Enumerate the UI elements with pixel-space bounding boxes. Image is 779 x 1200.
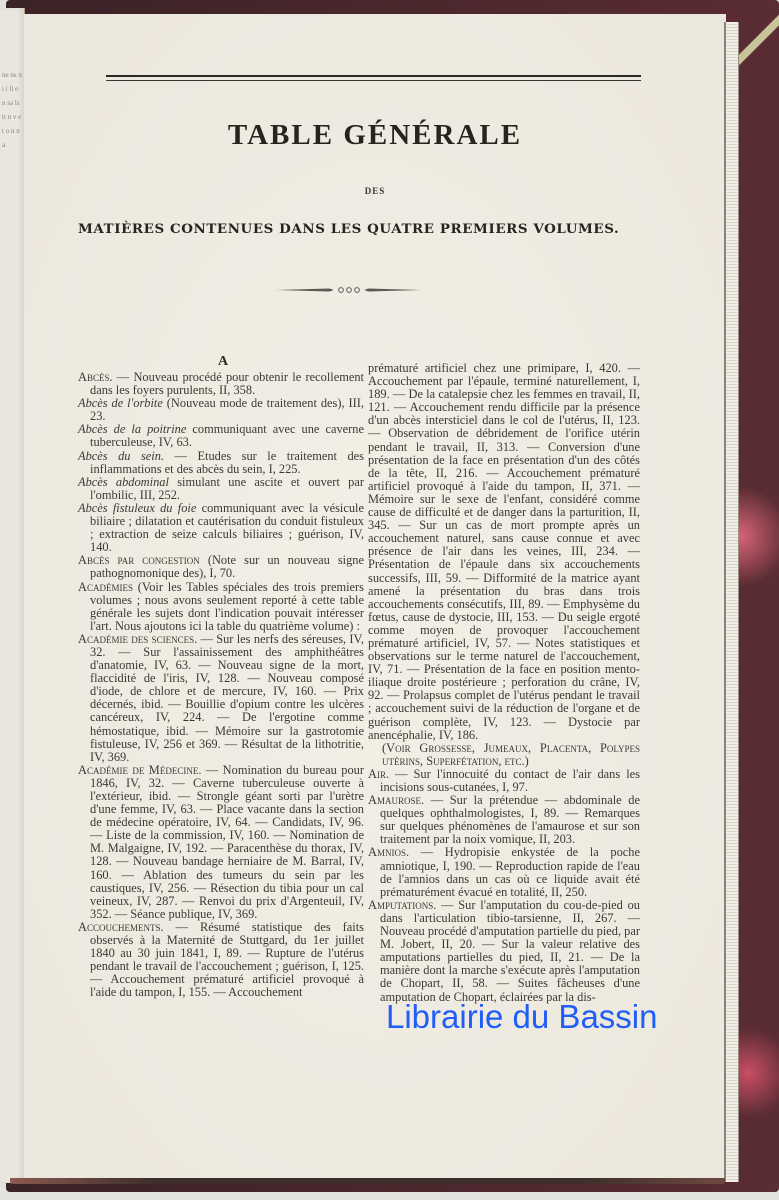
- entry-heading: Amputations.: [368, 898, 436, 912]
- index-entry: Abcès. — Nouveau procédé pour obtenir le…: [78, 371, 364, 397]
- index-column-right: prématuré artificiel chez une primipare,…: [368, 362, 640, 1004]
- index-entry: Amnios. — Hydropisie enkystée de la poch…: [368, 846, 640, 898]
- title-connector: DES: [24, 186, 726, 196]
- section-letter: A: [78, 354, 368, 370]
- entry-text: — Sur l'innocuité du contact de l'air da…: [380, 767, 640, 794]
- index-entry: Abcès fistuleux du foie communiquant ave…: [78, 502, 364, 554]
- entry-heading: Accouchements.: [78, 920, 164, 934]
- entry-heading: Abcès fistuleux du foie: [78, 501, 196, 515]
- entry-text: — Sur les nerfs des séreuses, IV, 32. — …: [90, 632, 364, 764]
- entry-heading: Abcès de la poitrine: [78, 422, 186, 436]
- header-rule: [106, 75, 641, 81]
- entry-text: — Sur l'amputation du cou-de-pied ou dan…: [380, 898, 640, 1004]
- entry-text: — Hydropisie enkystée de la poche amniot…: [380, 845, 640, 898]
- entry-heading: Amaurose.: [368, 793, 424, 807]
- entry-heading: Abcès du sein.: [78, 449, 164, 463]
- facing-page-text-fragments: ne ns ni i ll e n sa ls tt n v e t o n n…: [2, 68, 22, 152]
- index-entry: Amaurose. — Sur la prétendue — abdominal…: [368, 794, 640, 846]
- cover-corner-ribbon: [739, 0, 779, 80]
- index-entry: Accouchements. — Résumé statistique des …: [78, 921, 364, 1000]
- entry-heading: Abcès de l'orbite: [78, 396, 163, 410]
- entry-heading: Amnios.: [368, 845, 409, 859]
- cover-bottom-edge: [10, 1178, 725, 1184]
- page-subtitle: MATIÈRES CONTENUES DANS LES QUATRE PREMI…: [78, 221, 678, 237]
- entry-heading: Abcès abdominal: [78, 475, 169, 489]
- entry-text: — Nouveau procédé pour obtenir le recoll…: [90, 370, 364, 397]
- entry-heading: Abcès par congestion: [78, 553, 200, 567]
- index-entry: (Voir Grossesse, Jumeaux, Placenta, Poly…: [368, 742, 640, 768]
- index-entry: Académies (Voir les Tables spéciales des…: [78, 581, 364, 633]
- index-entry: Abcès abdominal simulant une ascite et o…: [78, 476, 364, 502]
- index-column-left: Abcès. — Nouveau procédé pour obtenir le…: [78, 371, 364, 1000]
- index-entry: prématuré artificiel chez une primipare,…: [368, 362, 640, 742]
- watermark: Librairie du Bassin: [386, 998, 657, 1036]
- index-entry: Académie de Médecine. — Nomination du bu…: [78, 764, 364, 921]
- entry-heading: Académie des sciences.: [78, 632, 197, 646]
- page-title: TABLE GÉNÉRALE: [24, 119, 726, 152]
- index-entry: Abcès de la poitrine communiquant avec u…: [78, 423, 364, 449]
- index-entry: Amputations. — Sur l'amputation du cou-d…: [368, 899, 640, 1004]
- facing-page-edge: ne ns ni i ll e n sa ls tt n v e t o n n…: [0, 8, 25, 1183]
- entry-heading: Académies: [78, 580, 133, 594]
- index-entry: Air. — Sur l'innocuité du contact de l'a…: [368, 768, 640, 794]
- page-stack-edge: [724, 22, 739, 1182]
- entry-heading: Abcès.: [78, 370, 113, 384]
- ornament-divider-icon: [274, 284, 424, 296]
- index-entry: Académie des sciences. — Sur les nerfs d…: [78, 633, 364, 764]
- entry-heading: Air.: [368, 767, 389, 781]
- index-entry: Abcès de l'orbite (Nouveau mode de trait…: [78, 397, 364, 423]
- index-entry: Abcès par congestion (Note sur un nouvea…: [78, 554, 364, 580]
- entry-text: prématuré artificiel chez une primipare,…: [368, 361, 640, 742]
- entry-text: (Voir Grossesse, Jumeaux, Placenta, Poly…: [382, 741, 640, 768]
- index-entry: Abcès du sein. — Etudes sur le traitemen…: [78, 450, 364, 476]
- entry-heading: Académie de Médecine.: [78, 763, 201, 777]
- entry-text: — Nomination du bureau pour 1846, IV, 32…: [90, 763, 364, 921]
